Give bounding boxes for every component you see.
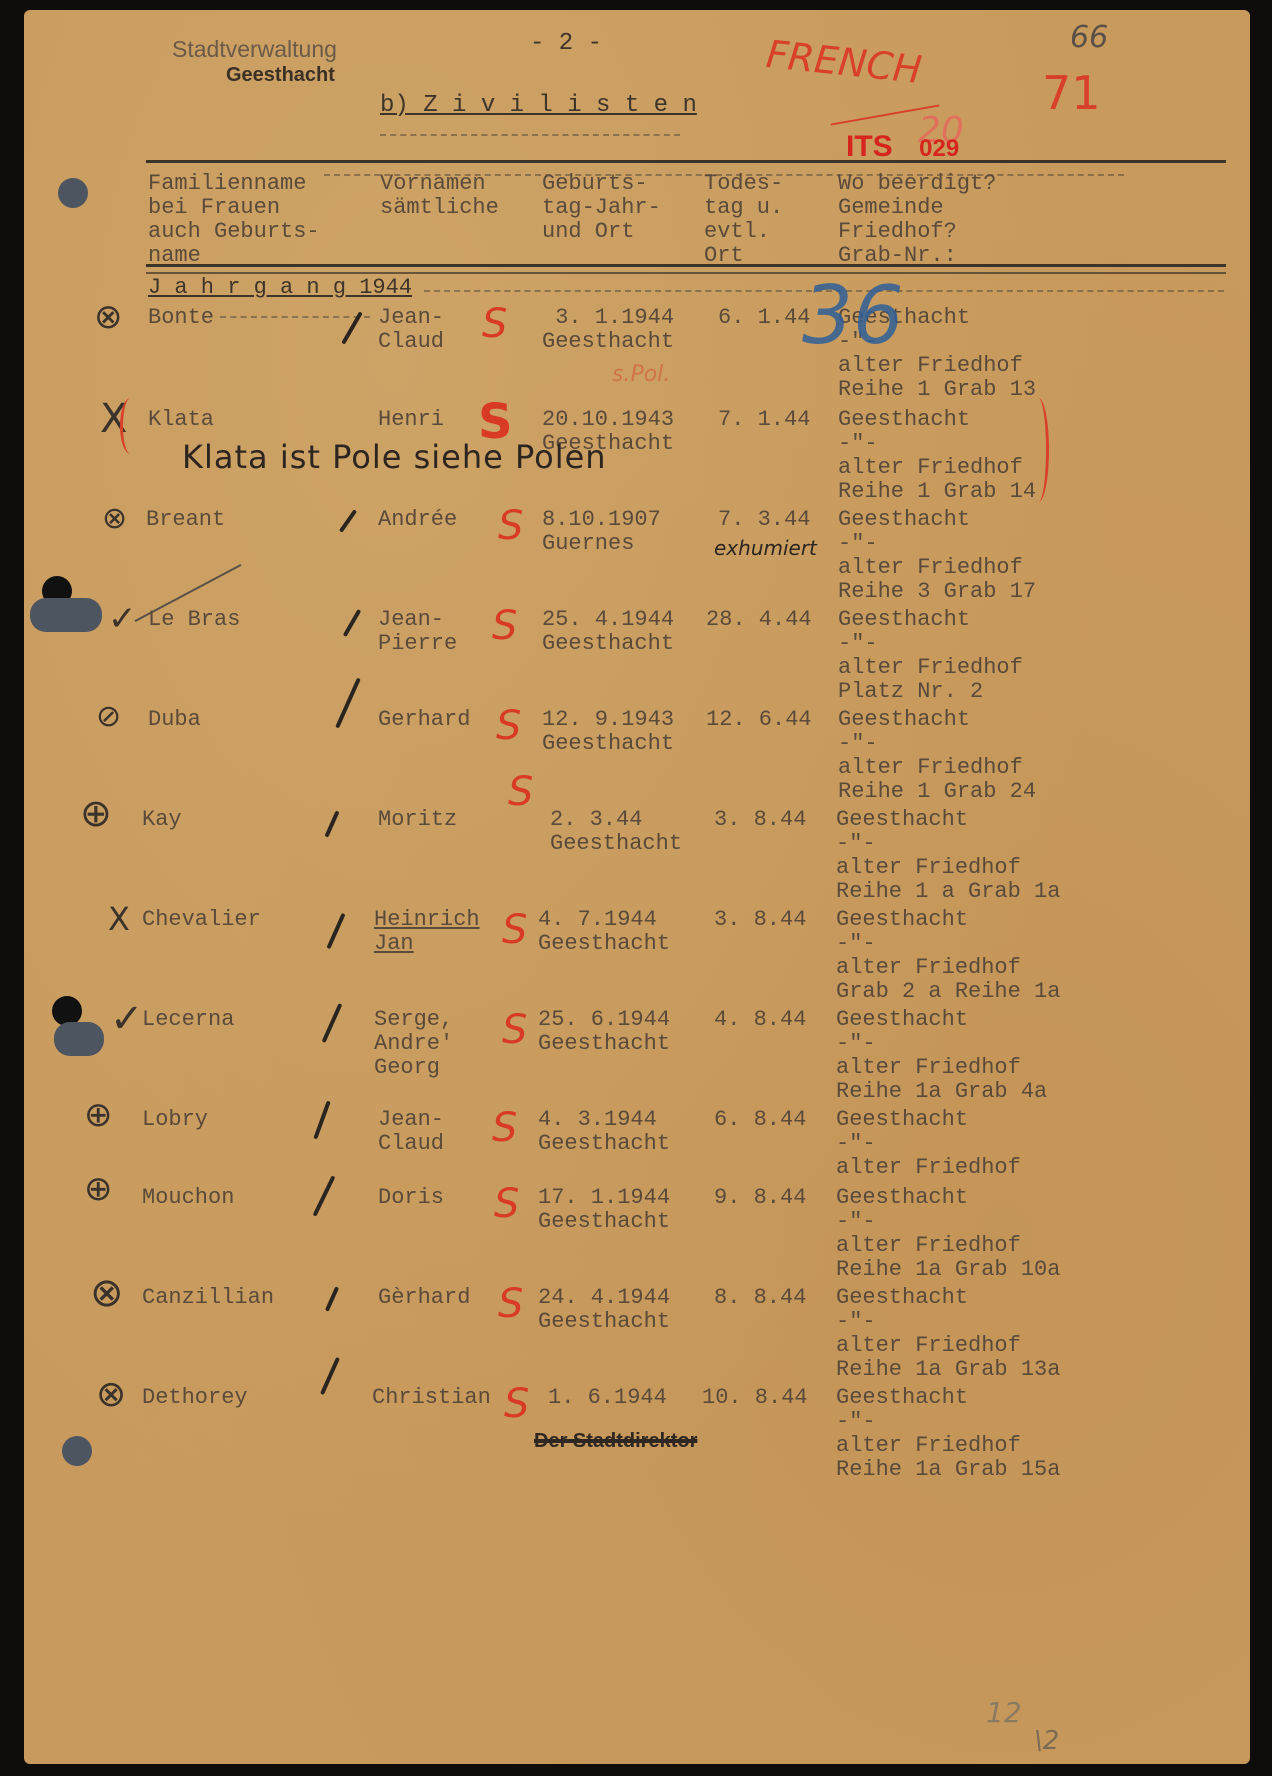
pencil-slash-mark	[339, 509, 357, 533]
death-date: 6. 1.44	[718, 306, 810, 330]
circled-x-mark-icon: ⊗	[94, 300, 123, 334]
burial-place: Geesthacht -"- alter Friedhof	[836, 1108, 1021, 1180]
column-header-given-names: Vornamen sämtliche	[380, 172, 499, 220]
death-date: 4. 8.44	[714, 1008, 806, 1032]
stamp-geesthacht: Geesthacht	[226, 64, 335, 87]
burial-place: Geesthacht -"- alter Friedhof Reihe 1 Gr…	[838, 708, 1036, 804]
page-number: - 2 -	[530, 32, 602, 56]
given-names: Moritz	[378, 808, 457, 832]
red-s-mark: S	[502, 910, 527, 950]
surname: Chevalier	[142, 908, 261, 932]
surname: Dethorey	[142, 1386, 248, 1410]
circled-x-mark-icon: ⊗	[96, 1378, 126, 1412]
death-date: 8. 8.44	[714, 1286, 806, 1310]
header-bottom-rule	[146, 264, 1226, 267]
surname: Lobry	[142, 1108, 208, 1132]
given-names: Jean- Pierre	[378, 608, 457, 656]
burial-place: Geesthacht -"- alter Friedhof Reihe 3 Gr…	[838, 508, 1036, 604]
red-s-mark: S	[498, 1284, 523, 1324]
pencil-number-12: 12	[986, 1696, 1022, 1729]
death-date: 3. 8.44	[714, 808, 806, 832]
birth-date-place: 25. 6.1944 Geesthacht	[538, 1008, 670, 1056]
red-s-mark: S	[478, 402, 513, 442]
surname: Mouchon	[142, 1186, 234, 1210]
surname: Duba	[148, 708, 201, 732]
corner-pencil-number: 66	[1070, 20, 1108, 55]
red-s-mark: S	[492, 606, 517, 646]
surname: Lecerna	[142, 1008, 234, 1032]
birth-date-place: 4. 3.1944 Geesthacht	[538, 1108, 670, 1156]
given-names: Gèrhard	[378, 1286, 470, 1310]
column-header-burial: Wo beerdigt? Gemeinde Friedhof? Grab-Nr.…	[838, 172, 996, 268]
death-date: 6. 8.44	[714, 1108, 806, 1132]
given-names: Andrée	[378, 508, 457, 532]
blue-annotation: 36	[802, 276, 904, 356]
surname: Breant	[146, 508, 225, 532]
birth-date-place: 17. 1.1944 Geesthacht	[538, 1186, 670, 1234]
death-date: 10. 8.44	[702, 1386, 808, 1410]
burial-place: Geesthacht -"- alter Friedhof Reihe 1 Gr…	[838, 408, 1036, 504]
annotation-french: FRENCH	[764, 32, 924, 92]
pencil-slash-mark	[343, 609, 361, 637]
death-date: 3. 8.44	[714, 908, 806, 932]
circled-x-mark-icon: ⊗	[90, 1276, 124, 1310]
red-s-mark: S	[496, 706, 521, 746]
column-header-death: Todes- tag u. evtl. Ort	[704, 172, 783, 268]
surname: Canzillian	[142, 1286, 274, 1310]
birth-date-place: 1. 6.1944	[548, 1386, 667, 1410]
punch-hole	[58, 178, 88, 208]
death-date: 9. 8.44	[714, 1186, 806, 1210]
header-dashes	[324, 174, 1124, 176]
birth-date-place: 3. 1.1944 Geesthacht	[542, 306, 674, 354]
birth-date-place: 25. 4.1944 Geesthacht	[542, 608, 674, 656]
burial-place: Geesthacht -"- alter Friedhof Reihe 1a G…	[836, 1008, 1047, 1104]
given-names: Heinrich Jan	[374, 908, 480, 956]
circled-plus-mark-icon: ⊕	[80, 796, 112, 830]
pencil-slash-mark	[313, 1101, 330, 1140]
red-s-mark: S	[502, 1010, 527, 1050]
burial-place: Geesthacht -"- alter Friedhof Reihe 1a G…	[836, 1386, 1060, 1482]
handwritten-note-klata: Klata ist Pole siehe Polen	[182, 438, 607, 476]
its-stamp: ITS 029	[846, 130, 959, 164]
birth-date-place: 8.10.1907 Guernes	[542, 508, 661, 556]
pencil-slash-mark	[313, 1175, 336, 1216]
red-s-mark: S	[494, 1184, 519, 1224]
punch-hole	[62, 1436, 92, 1466]
x-mark-icon: X	[108, 902, 130, 936]
red-faint-note: s.Pol.	[612, 362, 670, 387]
stamp-stadtverwaltung: Stadtverwaltung	[172, 36, 337, 63]
signature-stamp-struck: Der Stadtdirektor	[534, 1430, 697, 1453]
burial-place: Geesthacht -"- alter Friedhof Platz Nr. …	[838, 608, 1023, 704]
its-stamp-label: ITS	[846, 130, 893, 163]
given-names: Henri	[378, 408, 444, 432]
birth-date-place: 12. 9.1943 Geesthacht	[542, 708, 674, 756]
red-s-mark: S	[482, 304, 507, 344]
birth-date-place: 4. 7.1944 Geesthacht	[538, 908, 670, 956]
surname: Kay	[142, 808, 182, 832]
given-names: Jean- Claud	[378, 1108, 444, 1156]
given-names: Gerhard	[378, 708, 470, 732]
circled-plus-mark-icon: ⊕	[84, 1098, 113, 1132]
given-names: Jean- Claud	[378, 306, 444, 354]
burial-place: Geesthacht -"- alter Friedhof Reihe 1a G…	[836, 1186, 1060, 1282]
birth-date-place: 24. 4.1944 Geesthacht	[538, 1286, 670, 1334]
annotation-red-number: 71	[1042, 66, 1101, 120]
pencil-slash-mark	[320, 1357, 340, 1395]
pencil-slash-mark	[325, 1286, 339, 1311]
given-names: Serge, Andre' Georg	[374, 1008, 453, 1080]
document-page: Stadtverwaltung Geesthacht - 2 - b) Z i …	[24, 10, 1250, 1764]
its-stamp-number: 029	[919, 135, 959, 162]
section-title-dashes	[380, 134, 680, 136]
pencil-slash-mark	[335, 678, 361, 729]
red-s-mark: S	[492, 1108, 517, 1148]
death-date: 28. 4.44	[706, 608, 812, 632]
circled-plus-mark-icon: ⊕	[84, 1172, 113, 1206]
death-note-exhumed: exhumiert	[714, 536, 817, 560]
surname: Bonte	[148, 306, 214, 330]
circled-x-mark-icon: ⊗	[102, 502, 127, 536]
red-bracket-left	[120, 398, 141, 454]
header-bottom-rule-2	[146, 272, 1226, 274]
death-date: 7. 3.44	[718, 508, 810, 532]
check-mark-icon: ✓	[108, 602, 137, 636]
given-names: Doris	[378, 1186, 444, 1210]
surname-dashes	[220, 316, 370, 318]
burial-place: Geesthacht -"- alter Friedhof Reihe 1a G…	[836, 1286, 1060, 1382]
burial-place: Geesthacht -"- alter Friedhof Reihe 1 a …	[836, 808, 1060, 904]
pencil-slash-mark	[322, 1003, 343, 1043]
red-bracket-right	[1028, 398, 1049, 502]
pencil-slash-mark	[326, 913, 345, 949]
red-s-mark: S	[508, 772, 533, 812]
punch-hole-shadow	[54, 1022, 104, 1056]
pencil-mark: \2	[1034, 1726, 1059, 1756]
surname: Klata	[148, 408, 214, 432]
column-header-birth: Geburts- tag-Jahr- und Ort	[542, 172, 661, 244]
pencil-slash-mark	[324, 810, 339, 837]
check-mark-icon: ✓	[110, 1002, 144, 1036]
red-s-mark: S	[504, 1384, 529, 1424]
death-date: 7. 1.44	[718, 408, 810, 432]
surname: Le Bras	[148, 608, 240, 632]
red-s-mark: S	[498, 506, 523, 546]
group-heading-1944: J a h r g a n g 1944	[148, 276, 412, 300]
death-date: 12. 6.44	[706, 708, 812, 732]
circled-slash-mark-icon: ⊘	[96, 700, 121, 734]
burial-place: Geesthacht -"- alter Friedhof Grab 2 a R…	[836, 908, 1060, 1004]
punch-hole-shadow	[30, 598, 102, 632]
table-top-rule	[146, 160, 1226, 163]
given-names: Christian	[372, 1386, 491, 1410]
birth-date-place: 2. 3.44 Geesthacht	[550, 808, 682, 856]
column-header-surname: Familienname bei Frauen auch Geburts- na…	[148, 172, 320, 268]
section-title: b) Z i v i l i s t e n	[380, 94, 697, 118]
